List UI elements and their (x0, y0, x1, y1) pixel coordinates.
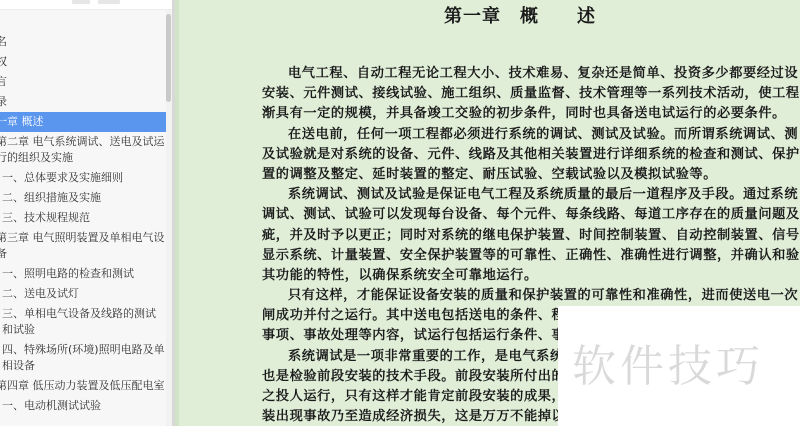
toc-list: 名权言录一章 概述第二章 电气系统调试、送电及试运行的组织及实施一、总体要求及实… (0, 32, 166, 416)
toc-item-label: 言 (0, 74, 166, 90)
document-line: 安装、元件测试、接线试验、施工组织、质量监督、技术管理等一系列技术活动，使工程 (262, 84, 800, 104)
toc-item[interactable]: 一、总体要求及实施细则 (0, 168, 166, 188)
toc-item-label: 三、单相电气设备及线路的测试和试验 (0, 306, 166, 338)
toc-item-label: 一、电动机测试试验 (0, 398, 166, 414)
toc-item-label: 第二章 电气系统调试、送电及试运行的组织及实施 (0, 134, 166, 166)
watermark-text: 软件技巧 (572, 330, 764, 394)
toc-item[interactable]: 第四章 低压动力装置及低压配电室 (0, 376, 166, 396)
toc-item[interactable]: 第三章 电气照明装置及单相电气设备 (0, 228, 166, 264)
toc-item[interactable]: 四、特殊场所(环境)照明电路及单相设备 (0, 340, 166, 376)
document-page-edge (175, 0, 179, 426)
document-line: 在送电前，任何一项工程都必须进行系统的调试、测试及试验。而所谓系统调试、测 (262, 125, 800, 145)
toc-item[interactable]: 一、照明电路的检查和测试 (0, 264, 166, 284)
toc-item-label: 一章 概述 (0, 114, 166, 130)
sidebar-header (0, 0, 172, 10)
header-ghost-text (98, 0, 120, 4)
toc-item[interactable]: 一章 概述 (0, 112, 166, 132)
toc-item[interactable]: 一、电动机测试试验 (0, 396, 166, 416)
document-line: 系统调试、测试及试验是保证电气工程及系统质量的最后一道程序及手段。通过系统 (262, 185, 800, 205)
toc-item-label: 三、技术规程规范 (0, 210, 166, 226)
toc-item-label: 一、照明电路的检查和测试 (0, 266, 166, 282)
toc-item-label: 名 (0, 34, 166, 50)
toc-item-label: 二、送电及试灯 (0, 286, 166, 302)
toc-item[interactable]: 权 (0, 52, 166, 72)
sidebar-scrollbar-thumb[interactable] (166, 14, 171, 102)
toc-item[interactable]: 二、组织措施及实施 (0, 188, 166, 208)
toc-item[interactable]: 三、单相电气设备及线路的测试和试验 (0, 304, 166, 340)
toc-item[interactable]: 名 (0, 32, 166, 52)
document-line: 及试验就是对系统的设备、元件、线路及其他相关装置进行详细系统的检查和测试、保护 (262, 145, 800, 165)
document-line: 调试、测试、试验可以发现每台设备、每个元件、每条线路、每道工序存在的质量问题及 (262, 205, 800, 225)
document-line: 显示系统、计量装置、安全保护装置等的可靠性、正确性、准确性进行调整，并确认和验 (262, 246, 800, 266)
toc-item[interactable]: 第二章 电气系统调试、送电及试运行的组织及实施 (0, 132, 166, 168)
header-ghost-text (72, 0, 90, 4)
toc-item-label: 第三章 电气照明装置及单相电气设备 (0, 230, 166, 262)
toc-item-label: 一、总体要求及实施细则 (0, 170, 166, 186)
document-line: 其功能的特性，以确保系统安全可靠地运行。 (262, 266, 800, 286)
toc-item-label: 录 (0, 94, 166, 110)
toc-sidebar: 名权言录一章 概述第二章 电气系统调试、送电及试运行的组织及实施一、总体要求及实… (0, 0, 172, 426)
toc-item[interactable]: 三、技术规程规范 (0, 208, 166, 228)
document-line: 渐具有一定的规模，并具备竣工交验的初步条件，同时也具备送电试运行的必要条件。 (262, 104, 800, 124)
toc-item-label: 四、特殊场所(环境)照明电路及单相设备 (0, 342, 166, 374)
toc-item-label: 权 (0, 54, 166, 70)
toc-item[interactable]: 二、送电及试灯 (0, 284, 166, 304)
document-line: 置的调整及整定、延时装置的整定、耐压试验、空载试验以及模拟试验等。 (262, 165, 800, 185)
toc-item-label: 第四章 低压动力装置及低压配电室 (0, 378, 166, 394)
document-line: 疵，并及时予以更正；同时对系统的继电保护装置、时间控制装置、自动控制装置、信号 (262, 226, 800, 246)
document-line: 只有这样，才能保证设备安装的质量和保护装置的可靠性和准确性，进而使送电一次 (262, 286, 800, 306)
toc-item[interactable]: 录 (0, 92, 166, 112)
toc-item[interactable]: 言 (0, 72, 166, 92)
toc-item-label: 二、组织措施及实施 (0, 190, 166, 206)
chapter-title: 第一章 概 述 (444, 2, 596, 28)
document-line: 电气工程、自动工程无论工程大小、技术难易、复杂还是简单、投资多少都要经过设 (262, 64, 800, 84)
